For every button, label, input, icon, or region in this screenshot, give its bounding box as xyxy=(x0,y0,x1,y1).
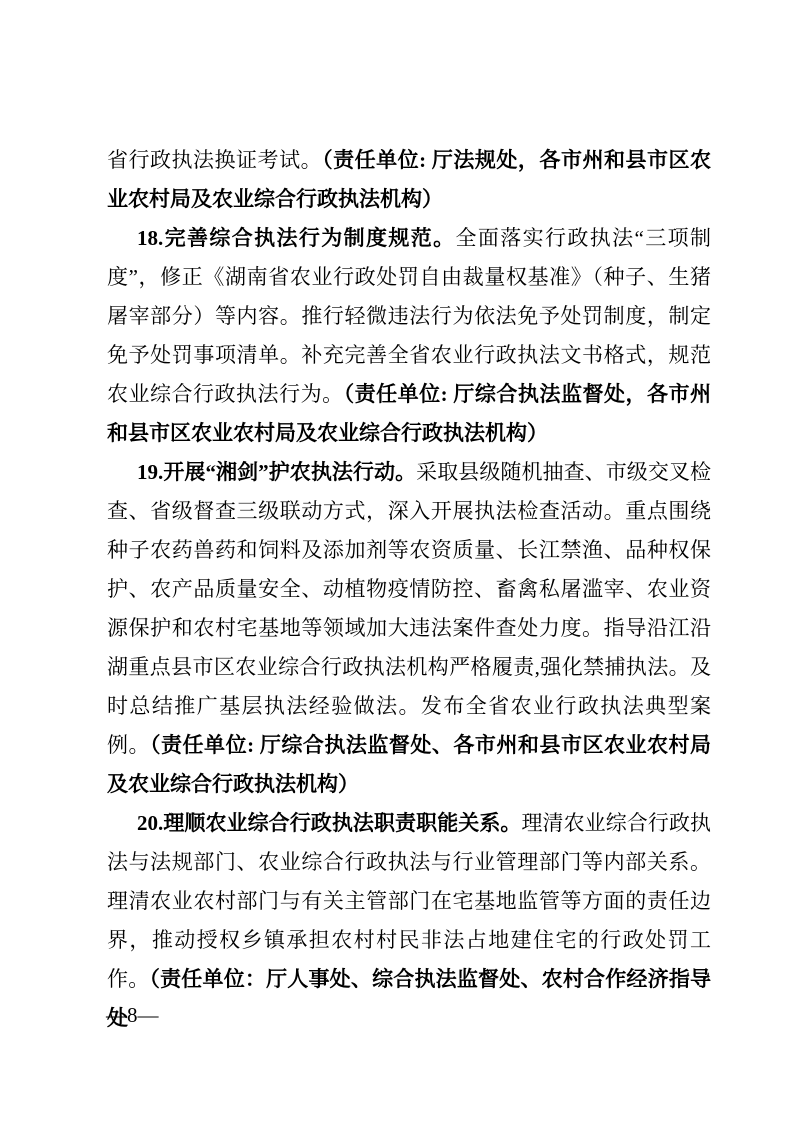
page-number: —8— xyxy=(106,1003,159,1027)
document-page: 省行政执法换证考试。（责任单位: 厅法规处，各市州和县市区农业农村局及农业综合行… xyxy=(0,0,793,1122)
item-20-responsible-unit-text: （责任单位：厅人事处、综合执法监督处、农村合作经济指导处 xyxy=(107,967,711,1030)
paragraph-item-20: 20.理顺农业综合行政执法职责职能关系。理清农业综合行政执法与法规部门、农业综合… xyxy=(107,804,711,1038)
item-19-heading: 19.开展“湘剑”护农执法行动。 xyxy=(137,460,416,484)
paragraph-item-18: 18.完善综合执法行为制度规范。全面落实行政执法“三项制度”，修正《湖南省农业行… xyxy=(107,219,711,453)
item-20-body-text: 理清农业综合行政执法与法规部门、农业综合行政执法与行业管理部门等内部关系。理清农… xyxy=(107,811,711,991)
item-19-responsible-unit-text: （责任单位: 厅综合执法监督处、各市州和县市区农业农村局及农业综合行政执法机构） xyxy=(107,733,711,796)
item-18-body-text: 全面落实行政执法“三项制度”，修正《湖南省农业行政处罚自由裁量权基准》（种子、生… xyxy=(107,226,711,406)
item-19-body-text: 采取县级随机抽查、市级交叉检查、省级督查三级联动方式，深入开展执法检查活动。重点… xyxy=(107,460,711,757)
paragraph-continuation: 省行政执法换证考试。（责任单位: 厅法规处，各市州和县市区农业农村局及农业综合行… xyxy=(107,141,711,219)
item-18-heading: 18.完善综合执法行为制度规范。 xyxy=(137,226,456,250)
document-content: 省行政执法换证考试。（责任单位: 厅法规处，各市州和县市区农业农村局及农业综合行… xyxy=(107,141,711,1038)
body-text: 省行政执法换证考试。 xyxy=(107,148,322,172)
paragraph-item-19: 19.开展“湘剑”护农执法行动。采取县级随机抽查、市级交叉检查、省级督查三级联动… xyxy=(107,453,711,804)
item-20-heading: 20.理顺农业综合行政执法职责职能关系。 xyxy=(137,811,521,835)
